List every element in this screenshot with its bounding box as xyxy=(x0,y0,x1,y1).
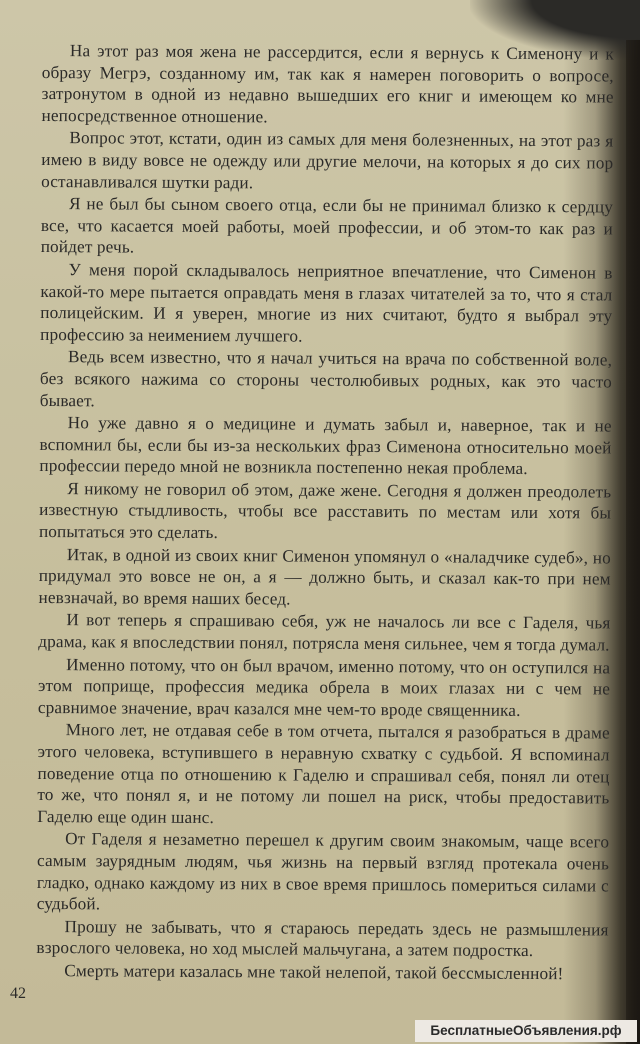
book-spine-shadow xyxy=(626,40,640,1044)
paragraph: Вопрос этот, кстати, один из самых для м… xyxy=(41,127,613,195)
paragraph: Ведь всем известно, что я начал учиться … xyxy=(40,346,612,414)
paragraph: На этот раз моя жена не рассердится, есл… xyxy=(41,40,614,130)
book-page: На этот раз моя жена не рассердится, есл… xyxy=(0,0,640,1044)
paragraph: Я никому не говорил об этом, даже жене. … xyxy=(39,478,611,546)
paragraph: Итак, в одной из своих книг Сименон упом… xyxy=(39,544,611,612)
paragraph: Смерть матери казалась мне такой нелепой… xyxy=(36,960,608,985)
page-text: На этот раз моя жена не рассердится, есл… xyxy=(36,40,614,985)
paragraph: У меня порой складывалось неприятное впе… xyxy=(40,259,613,349)
paragraph: От Гаделя я незаметно перешел к другим с… xyxy=(37,828,610,918)
page-number: 42 xyxy=(10,985,26,1003)
paragraph: Много лет, не отдавая себе в том отчета,… xyxy=(37,719,610,830)
paragraph: Я не был бы сыном своего отца, если бы н… xyxy=(41,193,613,261)
paragraph: Именно потому, что он был врачом, именно… xyxy=(38,654,610,722)
watermark: БесплатныеОбъявления.рф xyxy=(415,1020,637,1042)
paragraph: И вот теперь я спрашиваю себя, уж не нач… xyxy=(38,609,610,656)
paragraph: Но уже давно я о медицине и думать забыл… xyxy=(39,412,611,480)
paragraph: Прошу не забывать, что я стараюсь переда… xyxy=(36,916,608,963)
